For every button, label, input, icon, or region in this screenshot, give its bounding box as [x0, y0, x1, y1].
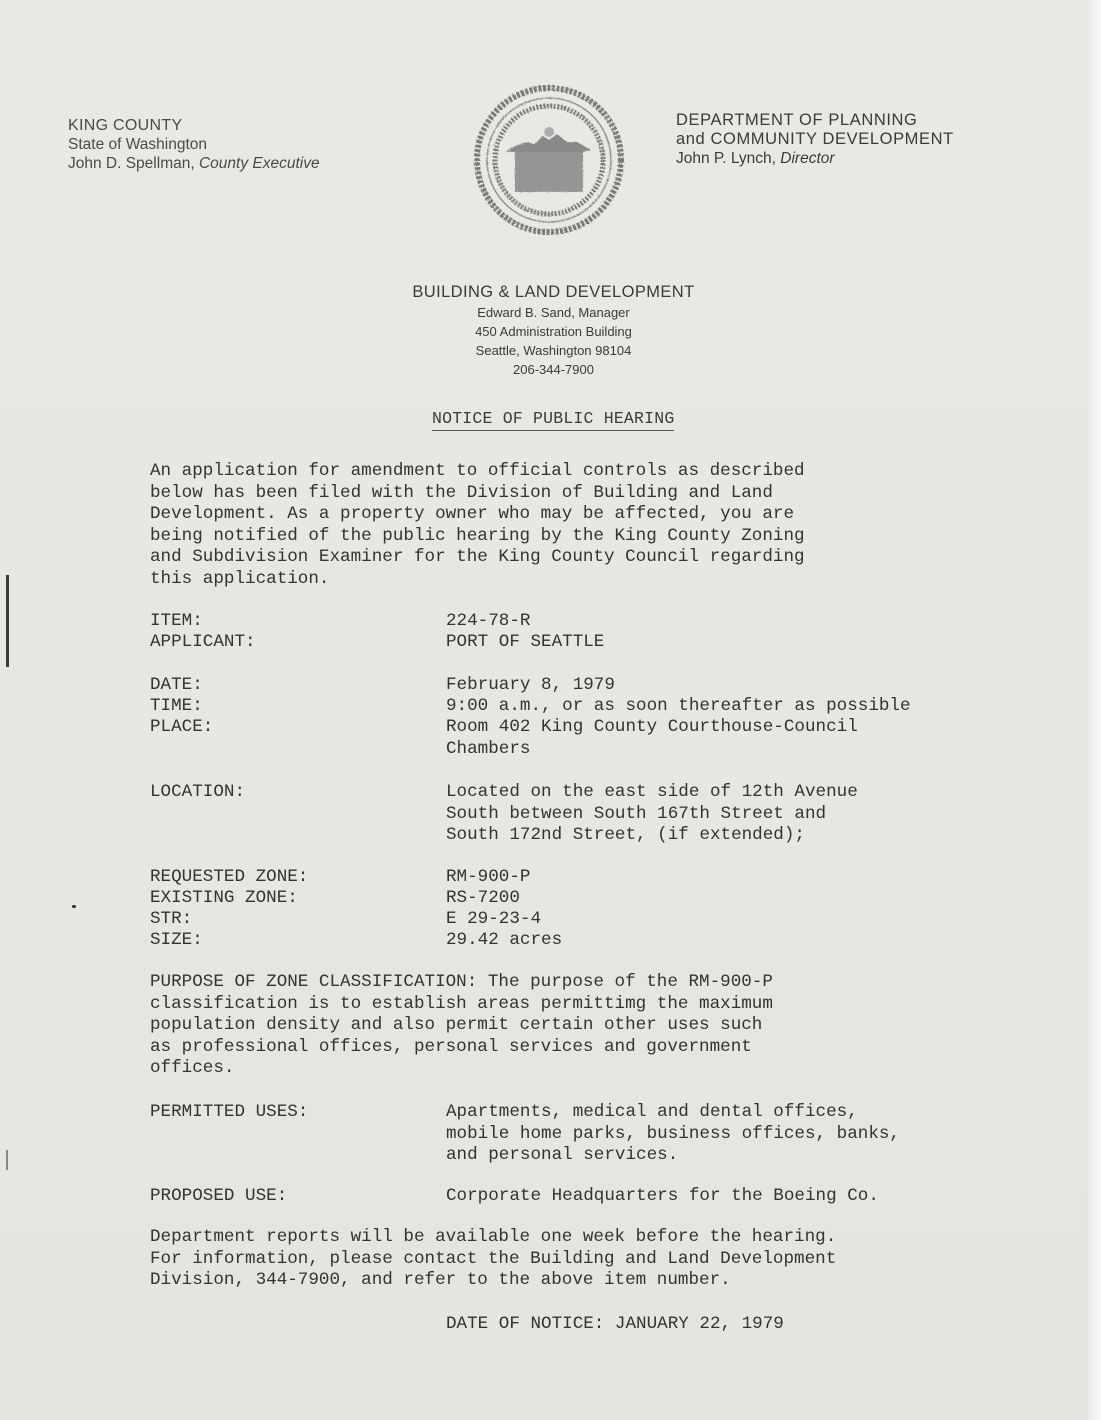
size-label: SIZE: [150, 930, 203, 952]
county-seal-icon [469, 80, 629, 240]
organization-name: KING COUNTY [68, 116, 320, 135]
str-label: STR: [150, 909, 192, 931]
executive-name: John D. Spellman, [68, 155, 195, 172]
division-block: BUILDING & LAND DEVELOPMENT Edward B. Sa… [0, 282, 1101, 379]
scan-edge-mark [6, 575, 9, 667]
existing-zone-label: EXISTING ZONE: [150, 888, 298, 910]
place-value: Room 402 King County Courthouse-Council … [446, 717, 858, 760]
requested-zone-value: RM-900-P [446, 867, 530, 889]
purpose-paragraph: PURPOSE OF ZONE CLASSIFICATION: The purp… [150, 972, 773, 1080]
proposed-use-value: Corporate Headquarters for the Boeing Co… [446, 1186, 879, 1208]
page-edge [1087, 0, 1101, 1420]
scan-speck [72, 905, 76, 908]
date-of-notice: DATE OF NOTICE: JANUARY 22, 1979 [446, 1314, 784, 1336]
director-line: John P. Lynch, Director [676, 149, 954, 168]
time-label: TIME: [150, 696, 203, 718]
intro-paragraph: An application for amendment to official… [150, 461, 805, 590]
date-label: DATE: [150, 675, 203, 697]
date-value: February 8, 1979 [446, 675, 615, 697]
state-name: State of Washington [68, 135, 320, 154]
place-label: PLACE: [150, 717, 213, 739]
division-title: BUILDING & LAND DEVELOPMENT [3, 282, 1101, 303]
scan-edge-mark [6, 1150, 8, 1170]
str-value: E 29-23-4 [446, 909, 541, 931]
proposed-use-label: PROPOSED USE: [150, 1186, 287, 1208]
director-name: John P. Lynch, [676, 150, 776, 167]
department-name-line1: DEPARTMENT OF PLANNING [676, 111, 954, 130]
item-value: 224-78-R [446, 611, 530, 633]
director-title: Director [780, 150, 834, 167]
division-manager: Edward B. Sand, Manager [3, 303, 1101, 322]
executive-line: John D. Spellman, County Executive [68, 154, 320, 173]
division-address-line1: 450 Administration Building [3, 322, 1101, 341]
letterhead-right: DEPARTMENT OF PLANNING and COMMUNITY DEV… [676, 111, 954, 168]
requested-zone-label: REQUESTED ZONE: [150, 867, 308, 889]
notice-title: NOTICE OF PUBLIC HEARING [432, 409, 674, 431]
applicant-value: PORT OF SEATTLE [446, 632, 604, 654]
division-address-line2: Seattle, Washington 98104 [3, 341, 1101, 360]
existing-zone-value: RS-7200 [446, 888, 520, 910]
permitted-uses-label: PERMITTED USES: [150, 1102, 308, 1124]
applicant-label: APPLICANT: [150, 632, 256, 654]
item-label: ITEM: [150, 611, 203, 633]
executive-title: County Executive [199, 155, 320, 172]
location-label: LOCATION: [150, 782, 245, 804]
department-name-line2: and COMMUNITY DEVELOPMENT [676, 130, 954, 149]
division-phone: 206-344-7900 [3, 360, 1101, 379]
size-value: 29.42 acres [446, 930, 562, 952]
contact-paragraph: Department reports will be available one… [150, 1227, 836, 1292]
permitted-uses-value: Apartments, medical and dental offices, … [446, 1102, 900, 1167]
letterhead-left: KING COUNTY State of Washington John D. … [68, 116, 320, 173]
location-value: Located on the east side of 12th Avenue … [446, 782, 858, 847]
time-value: 9:00 a.m., or as soon thereafter as poss… [446, 696, 911, 718]
